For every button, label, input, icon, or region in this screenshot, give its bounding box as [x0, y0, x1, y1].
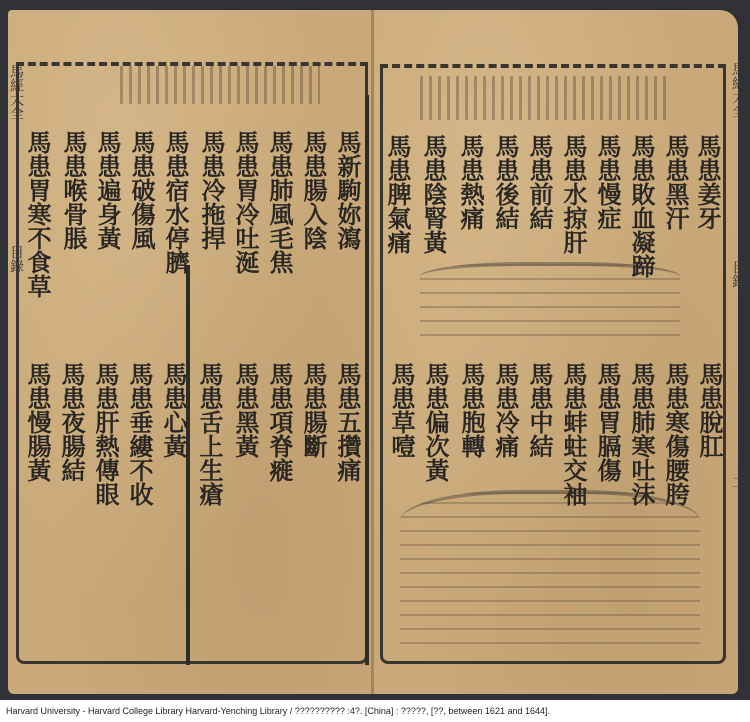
entry-text: 馬患腸入陰 — [298, 130, 328, 250]
entry-text: 馬患草噎 — [386, 362, 416, 458]
entry-text: 馬患姜牙 — [692, 134, 722, 230]
entry-text: 馬患脾氣痛 — [382, 134, 412, 254]
entry-text: 馬患水掠肝 — [558, 134, 588, 254]
entry-text: 馬患遍身黃 — [92, 130, 122, 250]
left-edge-rule — [365, 95, 369, 665]
entry-text: 馬患熱痛 — [455, 134, 485, 230]
entry-text: 馬患後結 — [490, 134, 520, 230]
entry-text: 馬患胃冷吐涎 — [230, 130, 260, 274]
entry-text: 馬患冷拖捍 — [196, 130, 226, 250]
entry-text: 馬患夜腸結 — [56, 362, 86, 482]
right-margin-title: 馬經大全 — [728, 62, 748, 118]
entry-text: 馬患破傷風 — [126, 130, 156, 250]
entry-text: 馬患五攢痛 — [332, 362, 362, 482]
entry-text: 馬患胃寒不食草 — [22, 130, 52, 298]
left-margin-title: 馬經大全 — [6, 64, 26, 120]
entry-text: 馬患肺風毛焦 — [264, 130, 294, 274]
entry-text: 馬患肝熱傳眼 — [90, 362, 120, 506]
left-center-divider — [186, 265, 190, 665]
entry-text: 馬患寒傷腰胯 — [660, 362, 690, 506]
entry-text: 馬患胃膈傷 — [592, 362, 622, 482]
entry-text: 馬患偏次黃 — [420, 362, 450, 482]
entry-text: 馬患陰腎黃 — [418, 134, 448, 254]
entry-text: 馬患中結 — [524, 362, 554, 458]
entry-text: 馬患胞轉 — [456, 362, 486, 458]
right-margin-page-number: 二 — [728, 475, 748, 489]
entry-text: 馬患心黃 — [158, 362, 188, 458]
right-lower-illustration — [400, 490, 700, 644]
entry-text: 馬患宿水停臍 — [160, 130, 190, 274]
entry-text: 馬患項脊㿅 — [264, 362, 294, 482]
entry-text: 馬患冷痛 — [490, 362, 520, 458]
entry-text: 馬患敗血凝蹄 — [626, 134, 656, 278]
entry-text: 馬患前結 — [524, 134, 554, 230]
library-caption: Harvard University - Harvard College Lib… — [6, 706, 550, 716]
entry-text: 馬患黑黃 — [230, 362, 260, 458]
entry-text: 馬患垂縷不收 — [124, 362, 154, 506]
entry-text: 馬新駒妳瀉 — [332, 130, 362, 250]
entry-text: 馬患蚌蛀交袖 — [558, 362, 588, 506]
entry-text: 馬患腸斷 — [298, 362, 328, 458]
entry-text: 馬患慢腸黃 — [22, 362, 52, 482]
entry-text: 馬患舌上生瘡 — [194, 362, 224, 506]
entry-text: 馬患肺寒吐沫 — [626, 362, 656, 506]
entry-text: 馬患黑汗 — [660, 134, 690, 230]
entry-text: 馬患慢症 — [592, 134, 622, 230]
entry-text: 馬患喉骨脹 — [58, 130, 88, 250]
left-header-smudge — [120, 66, 320, 104]
right-margin-section: 目錄 — [728, 260, 748, 288]
entry-text: 馬患脫肛 — [694, 362, 724, 458]
right-header-smudge — [420, 76, 670, 120]
